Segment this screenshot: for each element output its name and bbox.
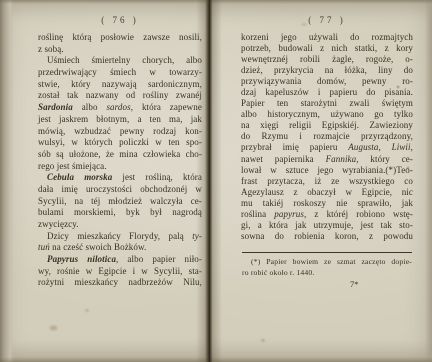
text-line: tuń na cześć swoich Bożków. bbox=[38, 242, 202, 254]
foxing-spot bbox=[260, 338, 266, 343]
text-line: bulami morskiemi, byk był nagrodą bbox=[38, 207, 202, 219]
page-text-block-right: korzeni jego używali do rozmajtychpotrze… bbox=[241, 32, 413, 242]
text-line: do Rzymu i rozmajcie przyrządzony, bbox=[241, 131, 413, 142]
text-line: Cebula morska jest rośliną, która bbox=[38, 172, 202, 184]
text-line: korzeni jego używali do rozmajtych bbox=[241, 32, 413, 43]
text-line: przedrwiwający śmiech w towarzy- bbox=[38, 67, 202, 79]
text-line: został tak nazwany od rośliny zwanéj bbox=[38, 90, 202, 102]
text-line: wewnętrznéj robili żagle, rogoże, o- bbox=[241, 54, 413, 65]
page-number-header-right: ( 77 ) bbox=[241, 15, 413, 25]
text-line: wy, rośnie w Egipcie i w Sycylii, sta- bbox=[38, 266, 202, 278]
text-line: roślinę którą posłowie zawsze nosili, bbox=[38, 32, 202, 44]
text-line: Uśmiech śmiertelny chorych, albo bbox=[38, 55, 202, 67]
text-line: Sardonia albo sardos, która zapewne bbox=[38, 102, 202, 114]
signature-mark: 7* bbox=[350, 279, 359, 289]
text-line: z sobą. bbox=[38, 44, 202, 56]
text-line: sowna do robienia koron, z powodu bbox=[241, 231, 413, 242]
text-line: Sycylii, na téj młodzież walczyła ce- bbox=[38, 196, 202, 208]
text-line: zwycięzcy. bbox=[38, 219, 202, 231]
text-line: ro robić około r. 1440. bbox=[242, 268, 412, 279]
text-line: Agezylausz z obaczył w Egipcie, nic bbox=[241, 187, 413, 198]
page-text-block-left: roślinę którą posłowie zawsze nosili,z s… bbox=[38, 32, 202, 289]
text-line: lował w sztuce jego wyrabiania.(*)Teo- bbox=[241, 165, 413, 176]
text-line: wulsyi, w których policzki w ten spo- bbox=[38, 137, 202, 149]
text-line: rego jest śmiejąca. bbox=[38, 161, 202, 173]
text-line: Papier ten starożytni zwali świętym bbox=[241, 98, 413, 109]
text-line: na xięgi religii Egipskiéj. Zawieziony bbox=[241, 120, 413, 131]
text-line: stwie, który nazywają sardonicznym, bbox=[38, 79, 202, 91]
text-line: mówią, wzbudzać pewny rodzaj kon- bbox=[38, 126, 202, 138]
text-line: nawet papiernika Fannika, który ce- bbox=[241, 154, 413, 165]
foxing-spot bbox=[48, 324, 59, 332]
text-line: dzież, przykrycia na łóżka, liny do bbox=[241, 65, 413, 76]
text-line: przybrał imię papieru Augusta, Liwii, bbox=[241, 142, 413, 153]
text-line: jest jaskrem błotnym, a ten ma, jak bbox=[38, 114, 202, 126]
text-line: Dzicy mieszkańcy Florydy, palą ty- bbox=[38, 231, 202, 243]
book-scan: ( 76 ) ( 77 ) roślinę którą posłowie zaw… bbox=[0, 0, 432, 362]
text-line: roślina papyrus, z któréj robiono wstę- bbox=[241, 209, 413, 220]
text-line: dzaj kapeluszów i papieru do pisania. bbox=[241, 87, 413, 98]
text-line: rożytni mieszkańcy nadbrzeżów Nilu, bbox=[38, 277, 202, 289]
text-line: (*) Papier bowiem ze szmat zaczęto dopie… bbox=[242, 257, 412, 268]
text-line: albo historycznym, używano go tylko bbox=[241, 109, 413, 120]
footnote-rule bbox=[242, 252, 412, 253]
text-line: dała imię uroczystości obchodzonéj w bbox=[38, 184, 202, 196]
text-line: sób są ułożone, że mina człowieka cho- bbox=[38, 149, 202, 161]
foxing-spot bbox=[84, 308, 90, 313]
text-line: gi, a która jak utrzymuje, jest tak sto- bbox=[241, 220, 413, 231]
footnote: (*) Papier bowiem ze szmat zaczęto dopie… bbox=[242, 257, 412, 279]
text-line: frast przytacza, iż ze wszystkiego co bbox=[241, 176, 413, 187]
text-line: mu takiéj roskoszy nie sprawiło, jak bbox=[241, 198, 413, 209]
page-number-header-left: ( 76 ) bbox=[38, 15, 202, 25]
scan-edge-left bbox=[0, 0, 14, 362]
book-gutter-shadow bbox=[196, 0, 222, 362]
scan-edge-right bbox=[425, 0, 432, 362]
text-line: potrzeb, budowali z nich statki, z kory bbox=[241, 43, 413, 54]
text-line: przywiązywania domów, pewny ro- bbox=[241, 76, 413, 87]
text-line: Papyrus nilotica, albo papier niło- bbox=[38, 254, 202, 266]
